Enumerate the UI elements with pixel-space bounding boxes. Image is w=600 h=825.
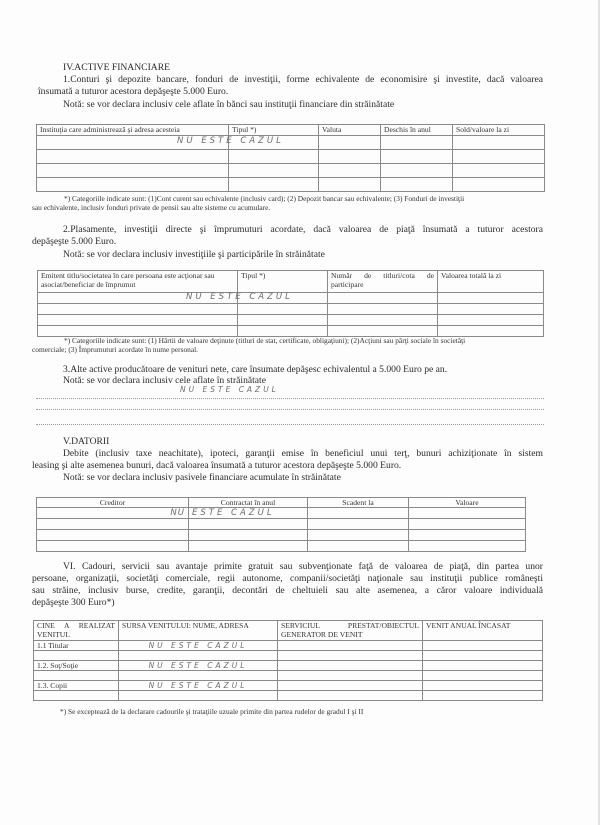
dotted-entry-line[interactable] <box>36 409 544 410</box>
table-cell[interactable] <box>229 164 319 178</box>
section6-footnote: *) Se exceptează de la declarare cadouri… <box>60 707 363 716</box>
table-cell[interactable] <box>409 530 526 541</box>
header-cell: CINE A REALIZAT VENITUL <box>34 621 119 641</box>
dotted-entry-line[interactable] <box>36 398 544 399</box>
table-cell[interactable] <box>308 530 409 541</box>
row-label: 1.2. Soţ/Soţie <box>34 661 119 671</box>
header-cell: VENIT ANUAL ÎNCASAT <box>423 621 543 641</box>
table-cell[interactable]: NU ESTE CAZUL <box>37 136 229 150</box>
table-cell[interactable] <box>189 519 308 530</box>
table-cell[interactable]: NU ESTE CAZUL <box>119 661 278 671</box>
section6-text-line4: depăşeşte 300 Euro*) <box>32 597 115 609</box>
table-row: 1.2. Soţ/Soţie NU ESTE CAZUL <box>34 661 543 671</box>
header-cell: Tipul *) <box>229 125 319 136</box>
table-header-row: Instituţia care administrează şi adresa … <box>37 125 545 136</box>
header-cell: Sold/valoare la zi <box>453 125 545 136</box>
table-cell[interactable] <box>319 150 381 164</box>
table-header-row: Emitent titlu/societatea în care persoan… <box>38 271 544 293</box>
header-cell: Scadent la <box>308 498 409 508</box>
table-cell[interactable] <box>229 150 319 164</box>
table-cell[interactable] <box>319 178 381 192</box>
table-cell[interactable] <box>119 671 278 681</box>
table-cell[interactable] <box>328 326 438 337</box>
header-cell: Număr de titluri/cota de participare <box>328 271 438 293</box>
table-cell[interactable] <box>381 178 453 192</box>
table-cell[interactable] <box>328 293 438 304</box>
table-row <box>37 178 545 192</box>
table-cell[interactable] <box>423 671 543 681</box>
item1-footnote-line1: *) Categoriile indicate sunt: (1)Cont cu… <box>64 194 464 203</box>
header-cell: SERVICIUL PRESTAT/OBIECTUL GENERATOR DE … <box>278 621 423 641</box>
gifts-table: CINE A REALIZAT VENITUL SURSA VENITULUI:… <box>33 620 543 701</box>
handwritten-entry: NU ESTE CAZUL <box>186 293 293 302</box>
table-cell[interactable] <box>308 519 409 530</box>
table-row <box>34 671 543 681</box>
row-label: 1.3. Copii <box>34 681 119 691</box>
table-cell[interactable]: NU ESTE CAZUL <box>38 293 238 304</box>
table-cell[interactable] <box>34 651 119 661</box>
table-cell[interactable] <box>37 519 189 530</box>
debts-table: Creditor Contractat în anul Scadent la V… <box>36 497 526 552</box>
table-cell[interactable] <box>423 681 543 691</box>
table-cell[interactable] <box>278 681 423 691</box>
table-cell[interactable] <box>453 178 545 192</box>
table-cell[interactable] <box>423 691 543 701</box>
handwritten-entry: NU ESTE CAZUL <box>149 661 248 670</box>
table-cell[interactable] <box>319 136 381 150</box>
table-cell[interactable] <box>278 661 423 671</box>
table-cell[interactable] <box>438 315 544 326</box>
table-row: 1.3. Copii NU ESTE CAZUL <box>34 681 543 691</box>
handwritten-entry: NU <box>170 508 185 518</box>
table-row <box>37 541 526 552</box>
table-cell[interactable] <box>453 150 545 164</box>
table-cell[interactable] <box>409 541 526 552</box>
table-row <box>38 326 544 337</box>
header-cell: Tipul *) <box>238 271 328 293</box>
table-cell[interactable] <box>278 671 423 681</box>
table-cell[interactable] <box>438 304 544 315</box>
table-row <box>38 304 544 315</box>
table-cell[interactable] <box>38 304 238 315</box>
header-cell: Deschis în anul <box>381 125 453 136</box>
table-cell[interactable] <box>438 326 544 337</box>
handwritten-entry: NU ESTE CAZUL <box>149 641 248 650</box>
table-cell[interactable] <box>238 315 328 326</box>
table-cell[interactable] <box>37 530 189 541</box>
table-cell[interactable] <box>381 136 453 150</box>
table-cell[interactable] <box>229 178 319 192</box>
table-row: 1.1 Titular NU ESTE CAZUL <box>34 641 543 651</box>
table-row <box>37 150 545 164</box>
item2-footnote-line2: comerciale; (3) Împrumuturi acordate în … <box>32 345 198 354</box>
table-row: NU ESTE CAZUL <box>38 293 544 304</box>
table-cell[interactable] <box>438 293 544 304</box>
table-cell[interactable] <box>37 150 229 164</box>
handwritten-entry: NU ESTE CAZUL <box>149 681 248 690</box>
section6-text-line2: persoane, organizaţii, societăţi comerci… <box>32 573 543 585</box>
table-cell[interactable] <box>423 651 543 661</box>
table-cell[interactable] <box>381 150 453 164</box>
section6-text-line1: VI. Cadouri, servicii sau avantaje primi… <box>32 561 543 573</box>
table-cell[interactable] <box>423 641 543 651</box>
table-row <box>34 691 543 701</box>
header-cell: Instituţia care administrează şi adresa … <box>37 125 229 136</box>
section-title-datorii: V.DATORII <box>63 436 109 448</box>
table-header-row: Creditor Contractat în anul Scadent la V… <box>37 498 526 508</box>
header-cell: Valuta <box>319 125 381 136</box>
table-cell[interactable] <box>238 304 328 315</box>
handwritten-entry: NU ESTE CAZUL <box>177 137 284 146</box>
table-cell[interactable] <box>189 541 308 552</box>
item1-note: Notă: se vor declara inclusiv cele aflat… <box>63 99 394 111</box>
row-label: 1.1 Titular <box>34 641 119 651</box>
table-row <box>37 519 526 530</box>
table-cell[interactable] <box>37 541 189 552</box>
item2-text-line2: depăşeşte 5.000 Euro. <box>32 236 116 248</box>
table-cell[interactable] <box>38 315 238 326</box>
handwritten-entry: NU ESTE CAZUL <box>180 385 279 394</box>
table-cell[interactable] <box>453 136 545 150</box>
table-cell[interactable] <box>278 691 423 701</box>
investments-table: Emitent titlu/societatea în care persoan… <box>37 270 544 337</box>
header-cell: Creditor <box>37 498 189 508</box>
table-cell[interactable] <box>189 530 308 541</box>
section6-text-line3: sau străine, inclusiv burse, credite, ga… <box>32 585 543 597</box>
table-row <box>37 530 526 541</box>
table-cell[interactable] <box>119 691 278 701</box>
table-row <box>34 651 543 661</box>
section-title-active-financiare: IV.ACTIVE FINANCIARE <box>63 62 170 74</box>
bank-accounts-table: Instituţia care administrează şi adresa … <box>36 124 545 192</box>
table-cell[interactable] <box>381 164 453 178</box>
table-cell[interactable] <box>319 164 381 178</box>
table-cell[interactable] <box>328 304 438 315</box>
table-cell[interactable] <box>409 508 526 519</box>
table-cell[interactable]: ESTE CAZUL <box>189 508 308 519</box>
section5-text-line1: Debite (inclusiv taxe neachitate), ipote… <box>32 448 543 460</box>
table-cell[interactable] <box>34 671 119 681</box>
header-cell: Emitent titlu/societatea în care persoan… <box>38 271 238 293</box>
table-cell[interactable] <box>453 164 545 178</box>
table-row: NU ESTE CAZUL <box>37 136 545 150</box>
table-row <box>38 315 544 326</box>
dotted-entry-line[interactable] <box>36 424 544 425</box>
table-cell[interactable] <box>308 541 409 552</box>
table-cell[interactable] <box>423 661 543 671</box>
table-cell[interactable]: NU <box>37 508 189 519</box>
header-cell: Valoarea totală la zi <box>438 271 544 293</box>
header-cell: Valoare <box>409 498 526 508</box>
item2-footnote-line1: *) Categoriile indicate sunt: (1) Hârtii… <box>64 336 465 345</box>
table-cell[interactable] <box>278 641 423 651</box>
table-cell[interactable] <box>409 519 526 530</box>
table-cell[interactable] <box>119 651 278 661</box>
item1-text-line2: însumată a tuturor acestora depăşeşte 5.… <box>38 86 228 98</box>
table-cell[interactable] <box>37 178 229 192</box>
section5-text-line2: leasing şi alte asemenea bunuri, dacă va… <box>32 460 401 472</box>
item2-text-line1: 2.Plasamente, investiţii directe şi împr… <box>38 224 543 236</box>
table-cell[interactable] <box>328 315 438 326</box>
table-cell[interactable]: NU ESTE CAZUL <box>119 681 278 691</box>
handwritten-entry: ESTE CAZUL <box>192 508 275 518</box>
table-cell[interactable] <box>308 508 409 519</box>
header-cell: Contractat în anul <box>189 498 308 508</box>
table-cell[interactable] <box>37 164 229 178</box>
item1-footnote-line2: sau echivalente, inclusiv fonduri privat… <box>32 203 270 212</box>
table-row: NU ESTE CAZUL <box>37 508 526 519</box>
table-cell[interactable] <box>238 326 328 337</box>
table-cell[interactable] <box>38 326 238 337</box>
header-cell: SURSA VENITULUI: NUME, ADRESA <box>119 621 278 641</box>
section5-note: Notă: se vor declara inclusiv pasivele f… <box>63 472 341 484</box>
table-cell[interactable] <box>278 651 423 661</box>
item2-note: Notă: se vor declara inclusiv investiţii… <box>63 249 325 261</box>
declaration-page: IV.ACTIVE FINANCIARE 1.Conturi şi depozi… <box>0 0 600 825</box>
table-cell[interactable] <box>34 691 119 701</box>
table-row <box>37 164 545 178</box>
item1-text-line1: 1.Conturi şi depozite bancare, fonduri d… <box>38 74 543 86</box>
table-header-row: CINE A REALIZAT VENITUL SURSA VENITULUI:… <box>34 621 543 641</box>
table-cell[interactable]: NU ESTE CAZUL <box>119 641 278 651</box>
